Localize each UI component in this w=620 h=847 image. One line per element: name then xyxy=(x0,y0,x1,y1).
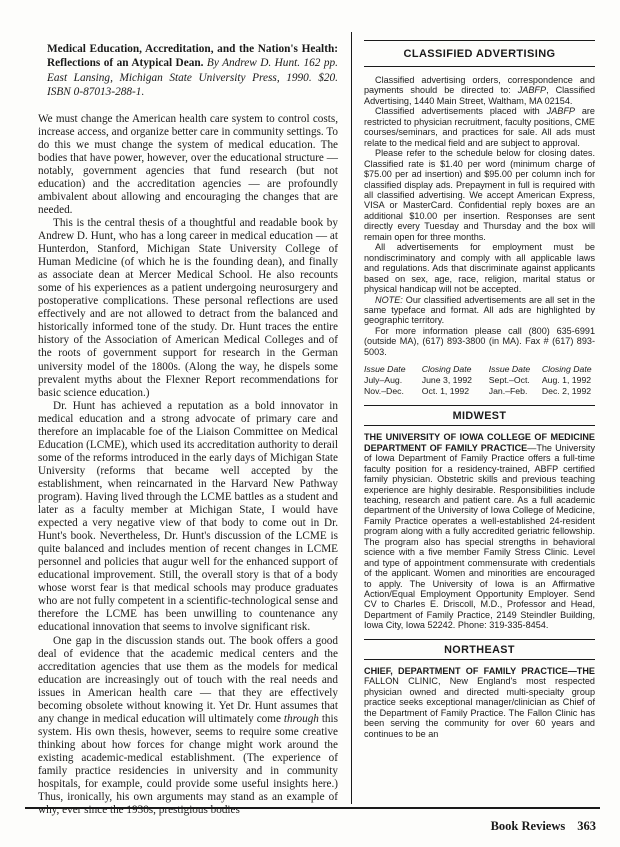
schedule-cell: June 3, 1992 xyxy=(422,375,489,386)
classified-column: CLASSIFIED ADVERTISING Classified advert… xyxy=(364,40,595,817)
paragraph: THE UNIVERSITY OF IOWA COLLEGE OF MEDICI… xyxy=(364,432,595,631)
text-segment: One gap in the discussion stands out. Th… xyxy=(38,635,338,725)
paragraph: We must change the American health care … xyxy=(38,113,338,217)
paragraph: Classified advertisements placed with JA… xyxy=(364,106,595,148)
column-divider-rule xyxy=(351,32,352,804)
closing-dates-schedule-table: Issue DateClosing DateIssue DateClosing … xyxy=(364,364,595,397)
paragraph: Dr. Hunt has achieved a reputation as a … xyxy=(38,400,338,635)
paragraph: All advertisements for employment must b… xyxy=(364,242,595,294)
schedule-cell: Closing Date xyxy=(422,364,489,375)
text-segment: this system. His own thesis, however, se… xyxy=(38,713,338,816)
text-segment: through xyxy=(284,713,319,725)
schedule-data-row: July–Aug.June 3, 1992Sept.–Oct.Aug. 1, 1… xyxy=(364,375,595,386)
text-segment: Please refer to the schedule below for c… xyxy=(364,148,595,242)
paragraph: Please refer to the schedule below for c… xyxy=(364,148,595,242)
text-segment: JABFP xyxy=(518,85,546,95)
schedule-cell: Dec. 2, 1992 xyxy=(542,386,595,397)
schedule-cell: Issue Date xyxy=(364,364,422,375)
text-segment: All advertisements for employment must b… xyxy=(364,242,595,294)
text-segment: CHIEF, DEPARTMENT OF FAMILY PRACTICE—THE xyxy=(364,666,595,676)
text-segment: Dr. Hunt has achieved a reputation as a … xyxy=(38,400,338,634)
text-segment: FALLON CLINIC, New England's most respec… xyxy=(364,676,595,738)
text-segment: —The University of Iowa Department of Fa… xyxy=(364,443,595,631)
text-segment: For more information please call (800) 6… xyxy=(364,326,595,357)
book-review-column: Medical Education, Accreditation, and th… xyxy=(38,40,338,817)
text-segment: We must change the American health care … xyxy=(38,113,338,216)
schedule-cell: Nov.–Dec. xyxy=(364,386,422,397)
footer-section-label: Book Reviews xyxy=(491,819,566,833)
classified-intro: Classified advertising orders, correspon… xyxy=(364,75,595,357)
schedule-cell: Sept.–Oct. xyxy=(489,375,542,386)
paragraph: Classified advertising orders, correspon… xyxy=(364,75,595,106)
classified-section-midwest: MIDWEST THE UNIVERSITY OF IOWA COLLEGE O… xyxy=(364,405,595,631)
ad-university-of-iowa: THE UNIVERSITY OF IOWA COLLEGE OF MEDICI… xyxy=(364,432,595,631)
schedule-cell: Oct. 1, 1992 xyxy=(422,386,489,397)
schedule-cell: Issue Date xyxy=(489,364,542,375)
footer-rule xyxy=(25,807,600,809)
paragraph: This is the central thesis of a thoughtf… xyxy=(38,217,338,400)
paragraph: One gap in the discussion stands out. Th… xyxy=(38,635,338,818)
schedule-data-row: Nov.–Dec.Oct. 1, 1992Jan.–Feb.Dec. 2, 19… xyxy=(364,386,595,397)
paragraph: CHIEF, DEPARTMENT OF FAMILY PRACTICE—THE… xyxy=(364,666,595,739)
two-column-layout: Medical Education, Accreditation, and th… xyxy=(0,0,620,817)
paragraph: NOTE: Our classified advertisements are … xyxy=(364,295,595,326)
page-number: 363 xyxy=(577,819,596,833)
text-segment: Classified advertisements placed with xyxy=(375,106,547,116)
schedule-cell: Closing Date xyxy=(542,364,595,375)
schedule-cell: Jan.–Feb. xyxy=(489,386,542,397)
classified-advertising-title: CLASSIFIED ADVERTISING xyxy=(364,40,595,67)
schedule-cell: Aug. 1, 1992 xyxy=(542,375,595,386)
text-segment: NOTE: xyxy=(375,295,403,305)
section-title-midwest: MIDWEST xyxy=(364,405,595,426)
ad-fallon-clinic: CHIEF, DEPARTMENT OF FAMILY PRACTICE—THE… xyxy=(364,666,595,739)
classified-section-northeast: NORTHEAST CHIEF, DEPARTMENT OF FAMILY PR… xyxy=(364,639,595,739)
book-review-citation: Medical Education, Accreditation, and th… xyxy=(47,42,338,100)
schedule-header-row: Issue DateClosing DateIssue DateClosing … xyxy=(364,364,595,375)
journal-page: Medical Education, Accreditation, and th… xyxy=(0,0,620,847)
text-segment: This is the central thesis of a thoughtf… xyxy=(38,217,338,399)
section-title-northeast: NORTHEAST xyxy=(364,639,595,660)
text-segment: JABFP xyxy=(547,106,575,116)
paragraph: For more information please call (800) 6… xyxy=(364,326,595,357)
book-review-body: We must change the American health care … xyxy=(38,113,338,818)
schedule-cell: July–Aug. xyxy=(364,375,422,386)
page-footer: Book Reviews363 xyxy=(491,819,596,834)
